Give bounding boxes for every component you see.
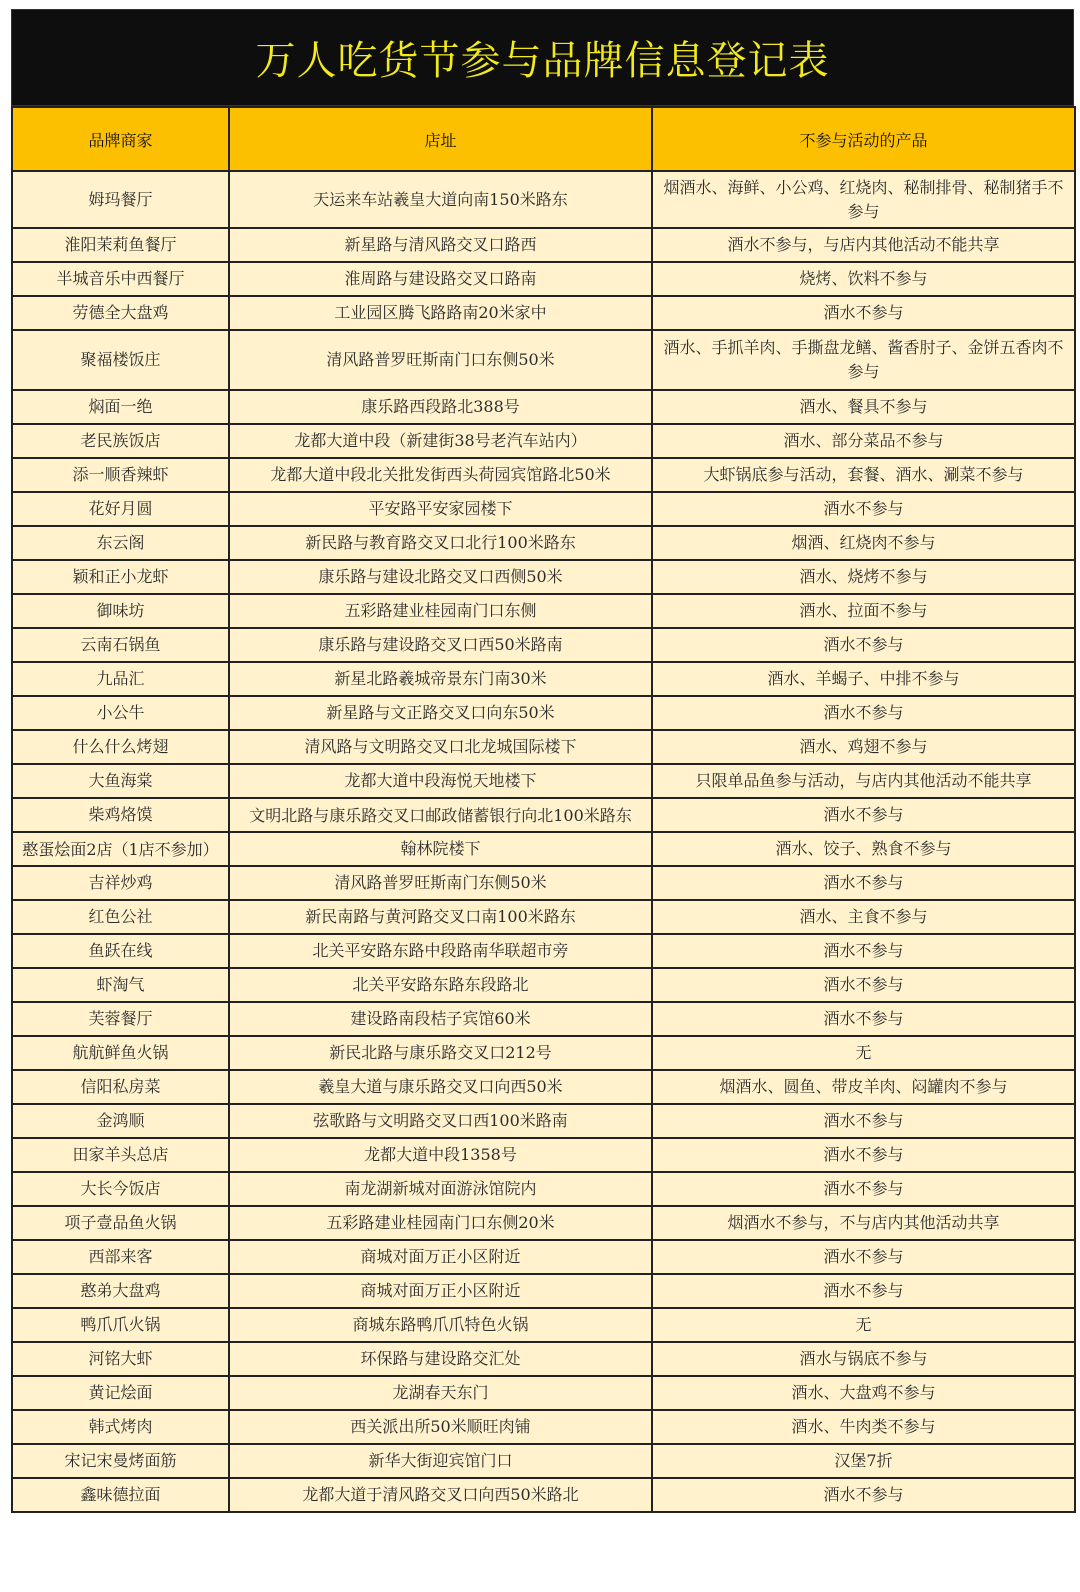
excluded-products-cell: 酒水不参与 bbox=[652, 1240, 1075, 1274]
excluded-products-cell: 无 bbox=[652, 1036, 1075, 1070]
brand-cell: 鑫味德拉面 bbox=[12, 1478, 229, 1512]
table-row: 黄记烩面龙湖春天东门酒水、大盘鸡不参与 bbox=[12, 1376, 1075, 1410]
table-row: 吉祥炒鸡清风路普罗旺斯南门东侧50米酒水不参与 bbox=[12, 866, 1075, 900]
table-row: 河铭大虾环保路与建设路交汇处酒水与锅底不参与 bbox=[12, 1342, 1075, 1376]
brand-cell: 柴鸡烙馍 bbox=[12, 798, 229, 832]
excluded-products-cell: 酒水不参与，与店内其他活动不能共享 bbox=[652, 228, 1075, 262]
table-row: 淮阳茉莉鱼餐厅新星路与清风路交叉口路西酒水不参与，与店内其他活动不能共享 bbox=[12, 228, 1075, 262]
excluded-products-cell: 酒水、手抓羊肉、手撕盘龙鳝、酱香肘子、金饼五香肉不参与 bbox=[652, 330, 1075, 390]
excluded-products-cell: 酒水不参与 bbox=[652, 696, 1075, 730]
table-row: 虾淘气北关平安路东路东段路北酒水不参与 bbox=[12, 968, 1075, 1002]
brand-cell: 芙蓉餐厅 bbox=[12, 1002, 229, 1036]
table-row: 添一顺香辣虾龙都大道中段北关批发街西头荷园宾馆路北50米大虾锅底参与活动，套餐、… bbox=[12, 458, 1075, 492]
brand-cell: 航航鲜鱼火锅 bbox=[12, 1036, 229, 1070]
excluded-products-cell: 酒水不参与 bbox=[652, 1002, 1075, 1036]
address-cell: 清风路普罗旺斯南门口东侧50米 bbox=[229, 330, 652, 390]
excluded-products-cell: 烟酒水、圆鱼、带皮羊肉、闷罐肉不参与 bbox=[652, 1070, 1075, 1104]
brand-cell: 半城音乐中西餐厅 bbox=[12, 262, 229, 296]
table-row: 大长今饭店南龙湖新城对面游泳馆院内酒水不参与 bbox=[12, 1172, 1075, 1206]
address-cell: 康乐路与建设北路交叉口西侧50米 bbox=[229, 560, 652, 594]
table-row: 航航鲜鱼火锅新民北路与康乐路交叉口212号无 bbox=[12, 1036, 1075, 1070]
brand-cell: 憨弟大盘鸡 bbox=[12, 1274, 229, 1308]
address-cell: 弦歌路与文明路交叉口西100米路南 bbox=[229, 1104, 652, 1138]
address-cell: 龙都大道中段海悦天地楼下 bbox=[229, 764, 652, 798]
address-cell: 新星路与清风路交叉口路西 bbox=[229, 228, 652, 262]
brand-table: 品牌商家 店址 不参与活动的产品 姆玛餐厅天运来车站羲皇大道向南150米路东烟酒… bbox=[11, 106, 1076, 1513]
brand-cell: 添一顺香辣虾 bbox=[12, 458, 229, 492]
title-bar: 万人吃货节参与品牌信息登记表 bbox=[11, 9, 1074, 106]
excluded-products-cell: 酒水、鸡翅不参与 bbox=[652, 730, 1075, 764]
table-row: 韩式烤肉西关派出所50米顺旺肉铺酒水、牛肉类不参与 bbox=[12, 1410, 1075, 1444]
excluded-products-cell: 酒水、餐具不参与 bbox=[652, 390, 1075, 424]
excluded-products-cell: 酒水不参与 bbox=[652, 628, 1075, 662]
brand-cell: 田家羊头总店 bbox=[12, 1138, 229, 1172]
excluded-products-cell: 酒水不参与 bbox=[652, 1138, 1075, 1172]
address-cell: 康乐路与建设路交叉口西50米路南 bbox=[229, 628, 652, 662]
brand-cell: 黄记烩面 bbox=[12, 1376, 229, 1410]
brand-cell: 御味坊 bbox=[12, 594, 229, 628]
excluded-products-cell: 烟酒水、海鲜、小公鸡、红烧肉、秘制排骨、秘制猪手不参与 bbox=[652, 171, 1075, 228]
brand-cell: 老民族饭店 bbox=[12, 424, 229, 458]
excluded-products-cell: 酒水、部分菜品不参与 bbox=[652, 424, 1075, 458]
excluded-products-cell: 酒水不参与 bbox=[652, 1478, 1075, 1512]
address-cell: 清风路普罗旺斯南门东侧50米 bbox=[229, 866, 652, 900]
table-row: 项子壹品鱼火锅五彩路建业桂园南门口东侧20米烟酒水不参与，不与店内其他活动共享 bbox=[12, 1206, 1075, 1240]
address-cell: 天运来车站羲皇大道向南150米路东 bbox=[229, 171, 652, 228]
table-row: 大鱼海棠龙都大道中段海悦天地楼下只限单品鱼参与活动，与店内其他活动不能共享 bbox=[12, 764, 1075, 798]
brand-cell: 项子壹品鱼火锅 bbox=[12, 1206, 229, 1240]
excluded-products-cell: 大虾锅底参与活动，套餐、酒水、涮菜不参与 bbox=[652, 458, 1075, 492]
excluded-products-cell: 酒水、羊蝎子、中排不参与 bbox=[652, 662, 1075, 696]
brand-cell: 鸭爪爪火锅 bbox=[12, 1308, 229, 1342]
page-title: 万人吃货节参与品牌信息登记表 bbox=[256, 29, 830, 86]
brand-cell: 颖和正小龙虾 bbox=[12, 560, 229, 594]
excluded-products-cell: 酒水、饺子、熟食不参与 bbox=[652, 832, 1075, 866]
address-cell: 新华大街迎宾馆门口 bbox=[229, 1444, 652, 1478]
brand-cell: 大鱼海棠 bbox=[12, 764, 229, 798]
table-row: 西部来客商城对面万正小区附近酒水不参与 bbox=[12, 1240, 1075, 1274]
brand-cell: 东云阁 bbox=[12, 526, 229, 560]
excluded-products-cell: 酒水、拉面不参与 bbox=[652, 594, 1075, 628]
table-row: 御味坊五彩路建业桂园南门口东侧酒水、拉面不参与 bbox=[12, 594, 1075, 628]
address-cell: 五彩路建业桂园南门口东侧20米 bbox=[229, 1206, 652, 1240]
address-cell: 商城对面万正小区附近 bbox=[229, 1274, 652, 1308]
table-row: 小公牛新星路与文正路交叉口向东50米酒水不参与 bbox=[12, 696, 1075, 730]
table-row: 花好月圆平安路平安家园楼下酒水不参与 bbox=[12, 492, 1075, 526]
table-row: 老民族饭店龙都大道中段（新建街38号老汽车站内）酒水、部分菜品不参与 bbox=[12, 424, 1075, 458]
excluded-products-cell: 酒水不参与 bbox=[652, 866, 1075, 900]
address-cell: 新民北路与康乐路交叉口212号 bbox=[229, 1036, 652, 1070]
registration-sheet: 万人吃货节参与品牌信息登记表 品牌商家 店址 不参与活动的产品 姆玛餐厅天运来车… bbox=[11, 9, 1074, 1513]
address-cell: 西关派出所50米顺旺肉铺 bbox=[229, 1410, 652, 1444]
excluded-products-cell: 酒水不参与 bbox=[652, 1274, 1075, 1308]
address-cell: 龙都大道中段（新建街38号老汽车站内） bbox=[229, 424, 652, 458]
table-row: 芙蓉餐厅建设路南段桔子宾馆60米酒水不参与 bbox=[12, 1002, 1075, 1036]
excluded-products-cell: 酒水不参与 bbox=[652, 798, 1075, 832]
brand-cell: 信阳私房菜 bbox=[12, 1070, 229, 1104]
brand-cell: 大长今饭店 bbox=[12, 1172, 229, 1206]
table-row: 憨弟大盘鸡商城对面万正小区附近酒水不参与 bbox=[12, 1274, 1075, 1308]
header-row: 品牌商家 店址 不参与活动的产品 bbox=[12, 107, 1075, 171]
excluded-products-cell: 酒水不参与 bbox=[652, 968, 1075, 1002]
excluded-products-cell: 酒水不参与 bbox=[652, 492, 1075, 526]
header-address: 店址 bbox=[229, 107, 652, 171]
address-cell: 新星路与文正路交叉口向东50米 bbox=[229, 696, 652, 730]
table-row: 焖面一绝康乐路西段路北388号酒水、餐具不参与 bbox=[12, 390, 1075, 424]
excluded-products-cell: 酒水不参与 bbox=[652, 1172, 1075, 1206]
address-cell: 北关平安路东路东段路北 bbox=[229, 968, 652, 1002]
excluded-products-cell: 酒水、牛肉类不参与 bbox=[652, 1410, 1075, 1444]
address-cell: 清风路与文明路交叉口北龙城国际楼下 bbox=[229, 730, 652, 764]
brand-cell: 花好月圆 bbox=[12, 492, 229, 526]
address-cell: 文明北路与康乐路交叉口邮政储蓄银行向北100米路东 bbox=[229, 798, 652, 832]
table-row: 颖和正小龙虾康乐路与建设北路交叉口西侧50米酒水、烧烤不参与 bbox=[12, 560, 1075, 594]
address-cell: 新星北路羲城帝景东门南30米 bbox=[229, 662, 652, 696]
brand-cell: 鱼跃在线 bbox=[12, 934, 229, 968]
table-row: 宋记宋曼烤面筋新华大街迎宾馆门口汉堡7折 bbox=[12, 1444, 1075, 1478]
table-row: 东云阁新民路与教育路交叉口北行100米路东烟酒、红烧肉不参与 bbox=[12, 526, 1075, 560]
brand-cell: 九品汇 bbox=[12, 662, 229, 696]
address-cell: 龙都大道中段北关批发街西头荷园宾馆路北50米 bbox=[229, 458, 652, 492]
address-cell: 翰林院楼下 bbox=[229, 832, 652, 866]
table-row: 鱼跃在线北关平安路东路中段路南华联超市旁酒水不参与 bbox=[12, 934, 1075, 968]
excluded-products-cell: 只限单品鱼参与活动，与店内其他活动不能共享 bbox=[652, 764, 1075, 798]
header-excluded-products: 不参与活动的产品 bbox=[652, 107, 1075, 171]
brand-cell: 聚福楼饭庄 bbox=[12, 330, 229, 390]
address-cell: 环保路与建设路交汇处 bbox=[229, 1342, 652, 1376]
address-cell: 龙都大道于清风路交叉口向西50米路北 bbox=[229, 1478, 652, 1512]
excluded-products-cell: 烟酒、红烧肉不参与 bbox=[652, 526, 1075, 560]
table-row: 半城音乐中西餐厅淮周路与建设路交叉口路南烧烤、饮料不参与 bbox=[12, 262, 1075, 296]
address-cell: 龙湖春天东门 bbox=[229, 1376, 652, 1410]
excluded-products-cell: 酒水不参与 bbox=[652, 1104, 1075, 1138]
table-row: 红色公社新民南路与黄河路交叉口南100米路东酒水、主食不参与 bbox=[12, 900, 1075, 934]
address-cell: 南龙湖新城对面游泳馆院内 bbox=[229, 1172, 652, 1206]
table-row: 鑫味德拉面龙都大道于清风路交叉口向西50米路北酒水不参与 bbox=[12, 1478, 1075, 1512]
excluded-products-cell: 酒水、大盘鸡不参与 bbox=[652, 1376, 1075, 1410]
address-cell: 龙都大道中段1358号 bbox=[229, 1138, 652, 1172]
table-row: 憨蛋烩面2店（1店不参加）翰林院楼下酒水、饺子、熟食不参与 bbox=[12, 832, 1075, 866]
brand-cell: 淮阳茉莉鱼餐厅 bbox=[12, 228, 229, 262]
table-row: 什么什么烤翅清风路与文明路交叉口北龙城国际楼下酒水、鸡翅不参与 bbox=[12, 730, 1075, 764]
table-row: 九品汇新星北路羲城帝景东门南30米酒水、羊蝎子、中排不参与 bbox=[12, 662, 1075, 696]
address-cell: 淮周路与建设路交叉口路南 bbox=[229, 262, 652, 296]
brand-cell: 憨蛋烩面2店（1店不参加） bbox=[12, 832, 229, 866]
brand-cell: 焖面一绝 bbox=[12, 390, 229, 424]
excluded-products-cell: 烟酒水不参与，不与店内其他活动共享 bbox=[652, 1206, 1075, 1240]
table-row: 金鸿顺弦歌路与文明路交叉口西100米路南酒水不参与 bbox=[12, 1104, 1075, 1138]
address-cell: 建设路南段桔子宾馆60米 bbox=[229, 1002, 652, 1036]
brand-cell: 河铭大虾 bbox=[12, 1342, 229, 1376]
header-brand: 品牌商家 bbox=[12, 107, 229, 171]
address-cell: 五彩路建业桂园南门口东侧 bbox=[229, 594, 652, 628]
table-row: 聚福楼饭庄清风路普罗旺斯南门口东侧50米酒水、手抓羊肉、手撕盘龙鳝、酱香肘子、金… bbox=[12, 330, 1075, 390]
excluded-products-cell: 酒水不参与 bbox=[652, 296, 1075, 330]
address-cell: 新民南路与黄河路交叉口南100米路东 bbox=[229, 900, 652, 934]
table-body: 姆玛餐厅天运来车站羲皇大道向南150米路东烟酒水、海鲜、小公鸡、红烧肉、秘制排骨… bbox=[12, 171, 1075, 1512]
address-cell: 工业园区腾飞路路南20米家中 bbox=[229, 296, 652, 330]
table-row: 鸭爪爪火锅商城东路鸭爪爪特色火锅无 bbox=[12, 1308, 1075, 1342]
brand-cell: 劳德全大盘鸡 bbox=[12, 296, 229, 330]
table-row: 柴鸡烙馍文明北路与康乐路交叉口邮政储蓄银行向北100米路东酒水不参与 bbox=[12, 798, 1075, 832]
excluded-products-cell: 无 bbox=[652, 1308, 1075, 1342]
table-row: 劳德全大盘鸡工业园区腾飞路路南20米家中酒水不参与 bbox=[12, 296, 1075, 330]
excluded-products-cell: 酒水、烧烤不参与 bbox=[652, 560, 1075, 594]
excluded-products-cell: 烧烤、饮料不参与 bbox=[652, 262, 1075, 296]
brand-cell: 红色公社 bbox=[12, 900, 229, 934]
table-row: 田家羊头总店龙都大道中段1358号酒水不参与 bbox=[12, 1138, 1075, 1172]
brand-cell: 宋记宋曼烤面筋 bbox=[12, 1444, 229, 1478]
table-row: 信阳私房菜羲皇大道与康乐路交叉口向西50米烟酒水、圆鱼、带皮羊肉、闷罐肉不参与 bbox=[12, 1070, 1075, 1104]
brand-cell: 什么什么烤翅 bbox=[12, 730, 229, 764]
brand-cell: 云南石锅鱼 bbox=[12, 628, 229, 662]
excluded-products-cell: 酒水、主食不参与 bbox=[652, 900, 1075, 934]
table-row: 姆玛餐厅天运来车站羲皇大道向南150米路东烟酒水、海鲜、小公鸡、红烧肉、秘制排骨… bbox=[12, 171, 1075, 228]
brand-cell: 金鸿顺 bbox=[12, 1104, 229, 1138]
cell-text: 文明北路与康乐路交叉口邮政储蓄银行向北100米路东 bbox=[236, 805, 645, 826]
brand-cell: 虾淘气 bbox=[12, 968, 229, 1002]
excluded-products-cell: 酒水不参与 bbox=[652, 934, 1075, 968]
address-cell: 商城东路鸭爪爪特色火锅 bbox=[229, 1308, 652, 1342]
brand-cell: 小公牛 bbox=[12, 696, 229, 730]
brand-cell: 吉祥炒鸡 bbox=[12, 866, 229, 900]
address-cell: 北关平安路东路中段路南华联超市旁 bbox=[229, 934, 652, 968]
brand-cell: 韩式烤肉 bbox=[12, 1410, 229, 1444]
address-cell: 新民路与教育路交叉口北行100米路东 bbox=[229, 526, 652, 560]
excluded-products-cell: 汉堡7折 bbox=[652, 1444, 1075, 1478]
brand-cell: 姆玛餐厅 bbox=[12, 171, 229, 228]
address-cell: 羲皇大道与康乐路交叉口向西50米 bbox=[229, 1070, 652, 1104]
brand-cell: 西部来客 bbox=[12, 1240, 229, 1274]
excluded-products-cell: 酒水与锅底不参与 bbox=[652, 1342, 1075, 1376]
address-cell: 商城对面万正小区附近 bbox=[229, 1240, 652, 1274]
address-cell: 康乐路西段路北388号 bbox=[229, 390, 652, 424]
cell-text: 憨蛋烩面2店（1店不参加） bbox=[19, 839, 222, 860]
table-row: 云南石锅鱼康乐路与建设路交叉口西50米路南酒水不参与 bbox=[12, 628, 1075, 662]
address-cell: 平安路平安家园楼下 bbox=[229, 492, 652, 526]
